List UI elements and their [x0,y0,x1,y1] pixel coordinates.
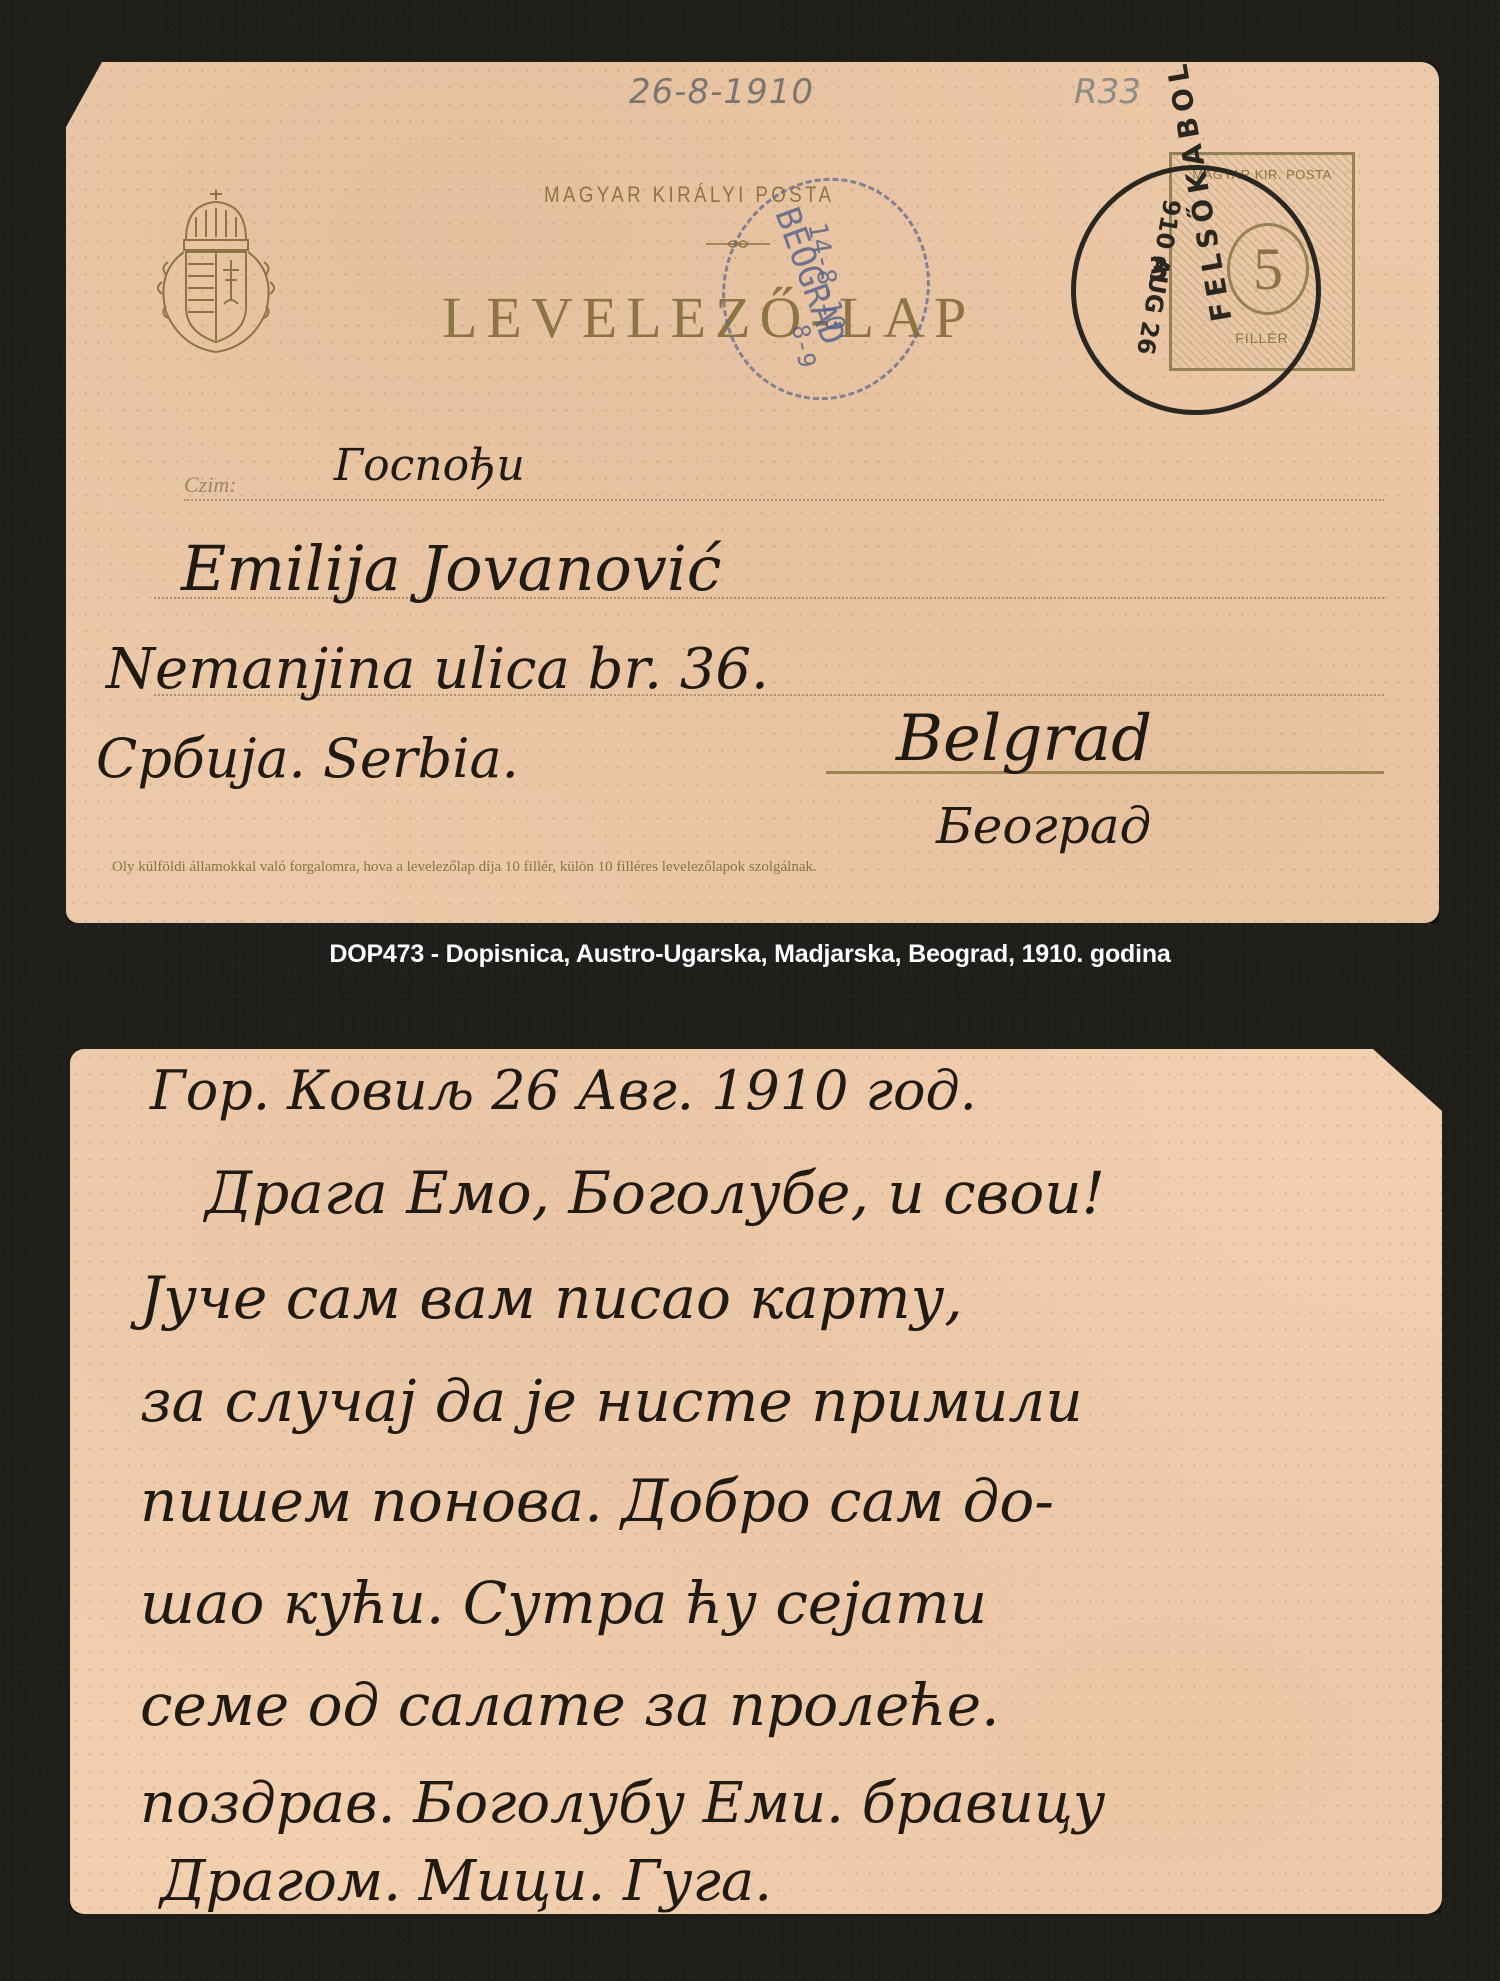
letter-signature-line: Драгом. Мици. Гуга. [160,1849,772,1914]
item-caption: DOP473 - Dopisnica, Austro-Ugarska, Madj… [0,940,1500,969]
hungarian-coat-of-arms-icon [146,182,286,357]
letter-line-7: семе од салате за пролеће. [140,1671,1000,1739]
address-city-latin: Belgrad [896,702,1152,776]
address-line-1 [184,499,1384,501]
address-recipient-name: Emilija Jovanović [181,532,721,605]
postmark-felsokabol-number: 3 [1148,252,1169,287]
letter-line-3: Јуче сам вам писао карту, [140,1264,963,1332]
letter-line-6: шао кући. Сутра ћу сејати [140,1569,987,1637]
address-country: Србија. Serbia. [96,727,519,790]
address-label: Czim: [184,472,237,498]
address-city-cyrillic: Београд [936,797,1151,855]
printed-footer-note: Oly külföldi államokkal való forgalomra,… [112,859,817,876]
pencil-date-note: 26-8-1910 [629,72,814,112]
letter-line-2: Драга Емо, Боголубе, и свои! [205,1159,1105,1227]
postcard-front: 26-8-1910 R33 MAGYAR KIRÁLYI POSTA LEVEL… [66,62,1439,923]
pencil-reference-note: R33 [1074,72,1141,112]
address-recipient-title: Госпођи [334,440,525,491]
letter-line-5: пишем понова. Добро сам до- [140,1467,1054,1535]
postcard-back: Гор. Ковиљ 26 Авг. 1910 год. Драга Емо, … [70,1049,1442,1914]
letter-line-1: Гор. Ковиљ 26 Авг. 1910 год. [150,1059,977,1122]
address-street: Nemanjina ulica br. 36. [106,637,769,702]
letter-line-4: за случај да је нисте примили [140,1367,1083,1435]
letter-line-8: поздрав. Боголубу Еми. бравицу [140,1771,1105,1836]
